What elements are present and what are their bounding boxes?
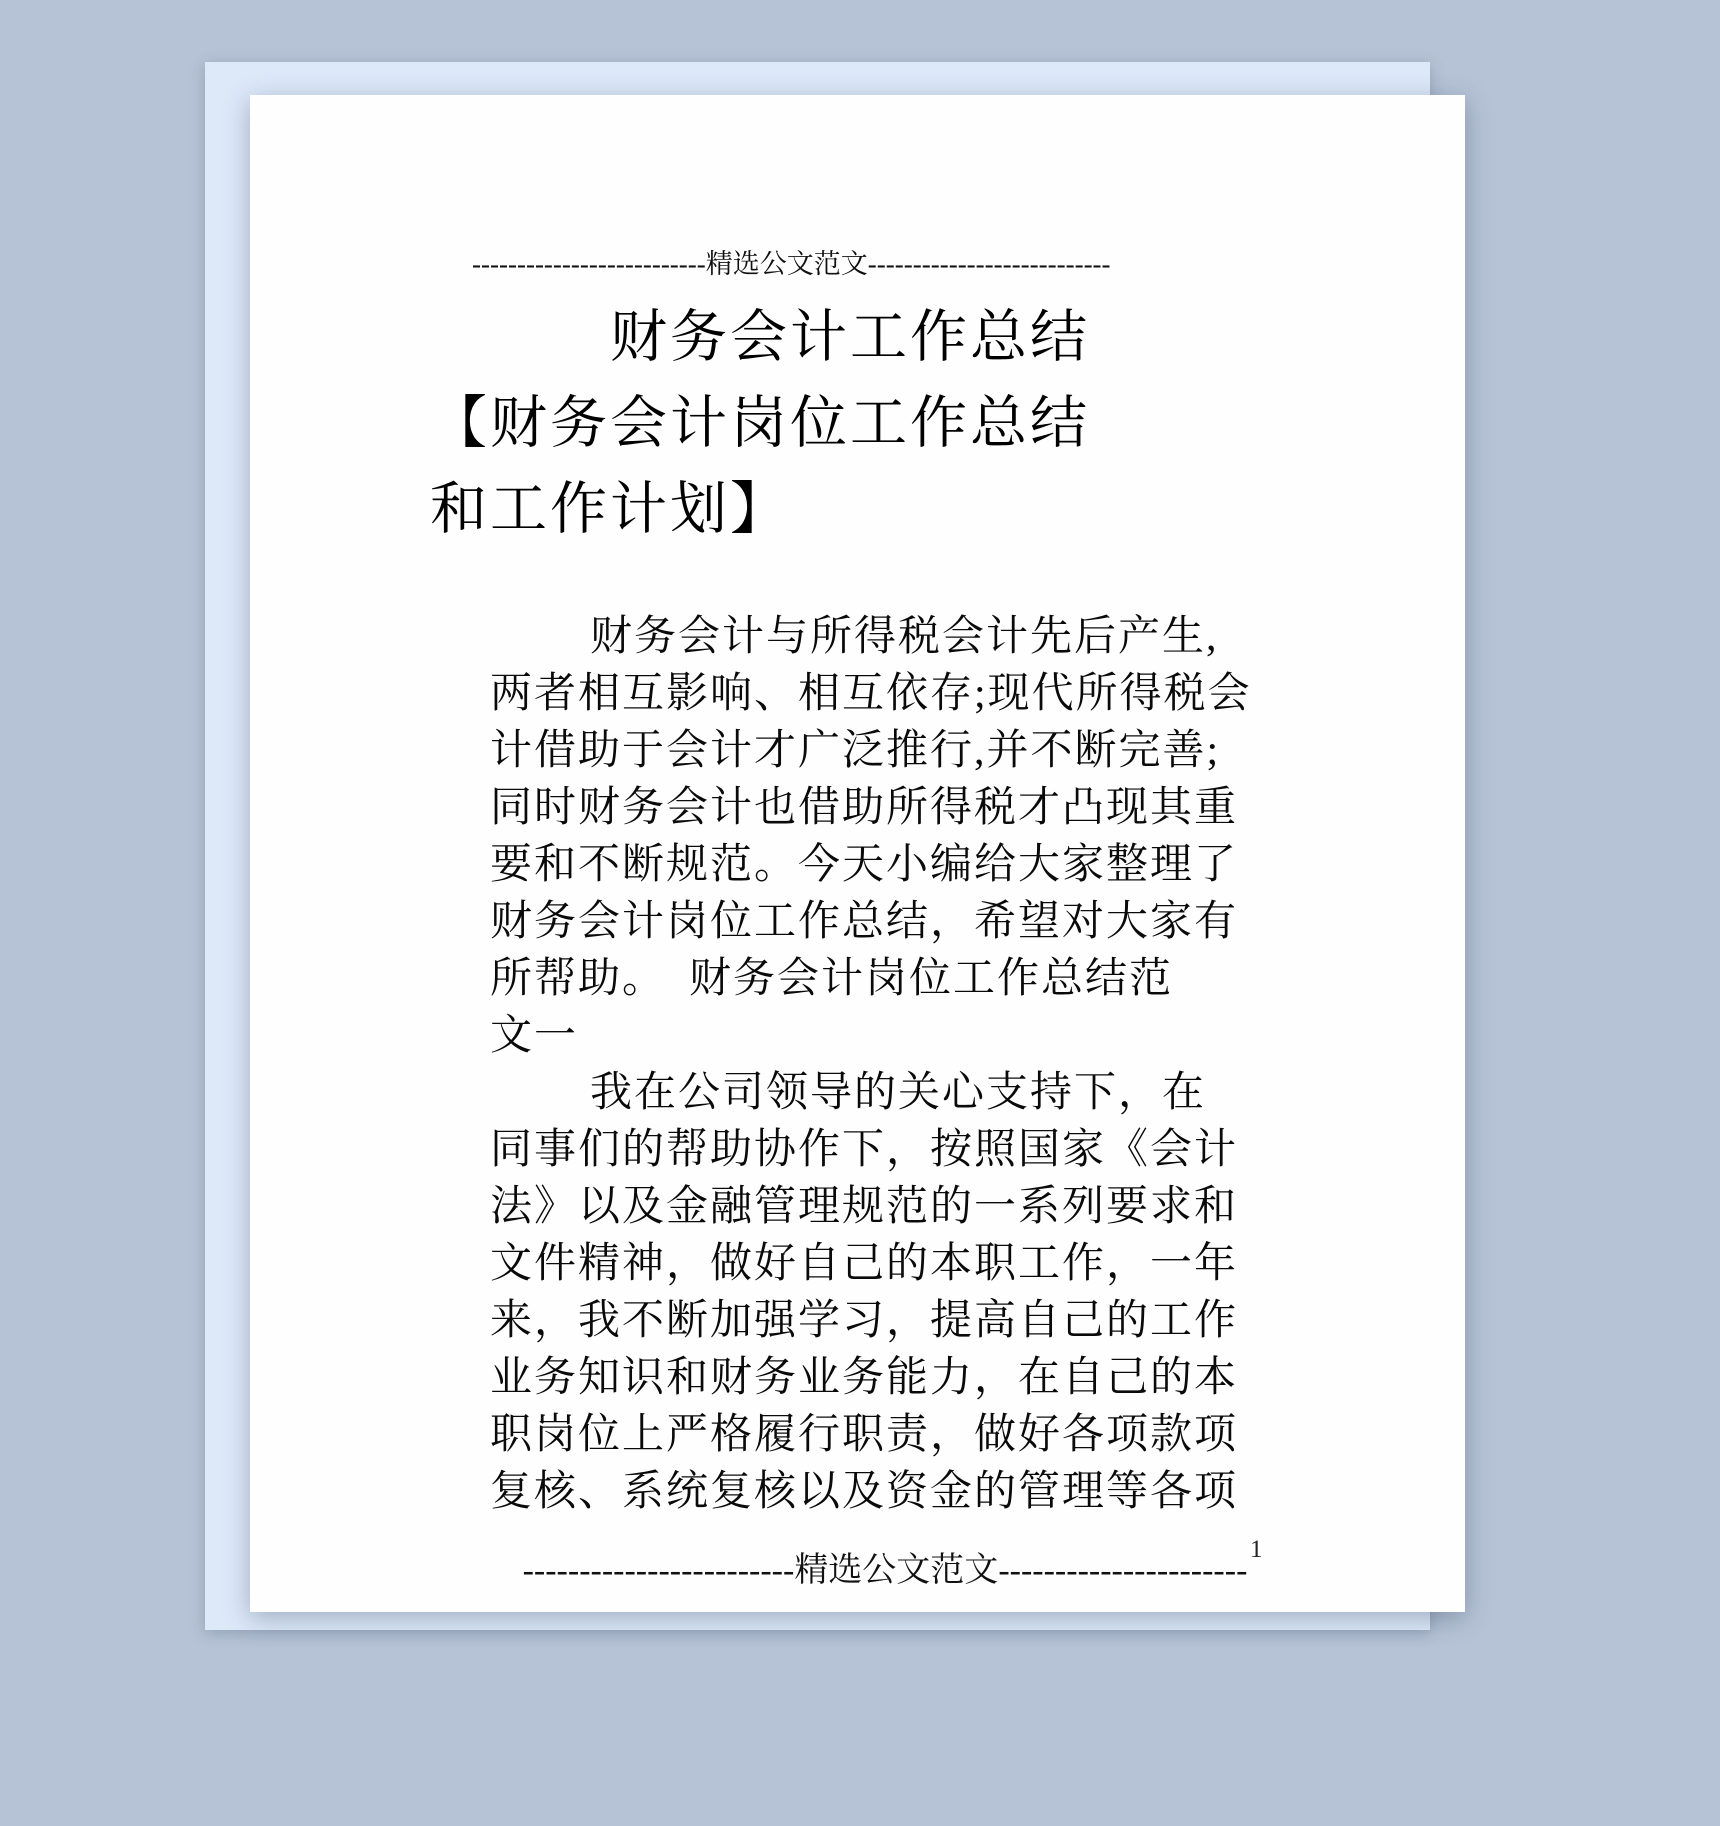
title-line: 【财务会计岗位工作总结 (430, 381, 1350, 467)
header-title: 精选公文范文 (706, 249, 868, 279)
body-line: 复核、系统复核以及资金的管理等各项 (490, 1464, 1290, 1521)
body-line: 文件精神，做好自己的本职工作，一年 (490, 1236, 1290, 1293)
document-page: --------------------------精选公文范文--------… (250, 95, 1465, 1612)
header-dashes-right: --------------------------- (868, 249, 1111, 279)
body-line: 职岗位上严格履行职责，做好各项款项 (490, 1407, 1290, 1464)
footer-dashes-left: ------------------------ (523, 1552, 795, 1589)
page-footer: ------------------------精选公文范文----------… (490, 1547, 1280, 1595)
body-line: 同时财务会计也借助所得税才凸现其重 (490, 780, 1290, 837)
page-header: --------------------------精选公文范文--------… (472, 247, 1111, 281)
desktop-background: --------------------------精选公文范文--------… (0, 0, 1720, 1826)
document-body: 财务会计与所得税会计先后产生,两者相互影响、相互依存;现代所得税会计借助于会计才… (490, 609, 1290, 1521)
page-number: 1 (1250, 1535, 1263, 1565)
body-line: 来，我不断加强学习，提高自己的工作 (490, 1293, 1290, 1350)
body-line: 财务会计岗位工作总结，希望对大家有 (490, 894, 1290, 951)
body-line: 两者相互影响、相互依存;现代所得税会 (490, 666, 1290, 723)
body-line: 法》以及金融管理规范的一系列要求和 (490, 1179, 1290, 1236)
body-line: 同事们的帮助协作下，按照国家《会计 (490, 1122, 1290, 1179)
footer-title: 精选公文范文 (794, 1552, 998, 1589)
body-line: 要和不断规范。今天小编给大家整理了 (490, 837, 1290, 894)
title-line: 和工作计划】 (430, 467, 1350, 553)
title-line: 财务会计工作总结 (430, 295, 1350, 381)
body-line: 我在公司领导的关心支持下，在 (490, 1065, 1290, 1122)
document-title: 财务会计工作总结【财务会计岗位工作总结和工作计划】 (430, 295, 1350, 553)
footer-dashes-right: ---------------------- (998, 1552, 1247, 1589)
body-line: 所帮助。 财务会计岗位工作总结范 (490, 951, 1290, 1008)
body-line: 计借助于会计才广泛推行,并不断完善; (490, 723, 1290, 780)
body-line: 财务会计与所得税会计先后产生, (490, 609, 1290, 666)
body-line: 文一 (490, 1008, 1290, 1065)
body-line: 业务知识和财务业务能力，在自己的本 (490, 1350, 1290, 1407)
header-dashes-left: -------------------------- (472, 249, 706, 279)
